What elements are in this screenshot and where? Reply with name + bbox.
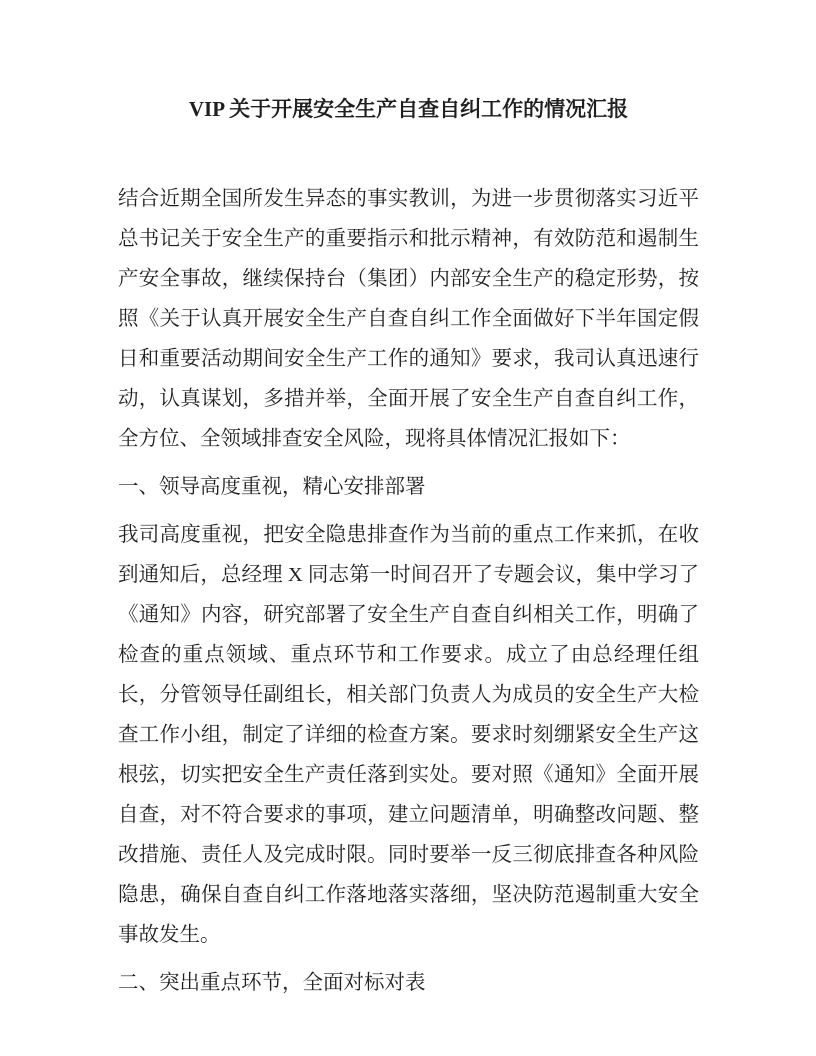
body-paragraph: 结合近期全国所发生异态的事实教训，为进一步贯彻落实习近平总书记关于安全生产的重要… xyxy=(118,179,699,459)
document-title: VIP 关于开展安全生产自查自纠工作的情况汇报 xyxy=(118,90,699,128)
section-heading: 二、突出重点环节，全面对标对表 xyxy=(118,963,699,1003)
document-body: 结合近期全国所发生异态的事实教训，为进一步贯彻落实习近平总书记关于安全生产的重要… xyxy=(118,179,699,1003)
body-paragraph: 我司高度重视，把安全隐患排查作为当前的重点工作来抓，在收到通知后，总经理 X 同… xyxy=(118,515,699,955)
section-heading: 一、领导高度重视，精心安排部署 xyxy=(118,467,699,507)
document-content: VIP 关于开展安全生产自查自纠工作的情况汇报 结合近期全国所发生异态的事实教训… xyxy=(118,90,699,1011)
document-page: VIP 关于开展安全生产自查自纠工作的情况汇报 结合近期全国所发生异态的事实教训… xyxy=(0,0,816,1056)
